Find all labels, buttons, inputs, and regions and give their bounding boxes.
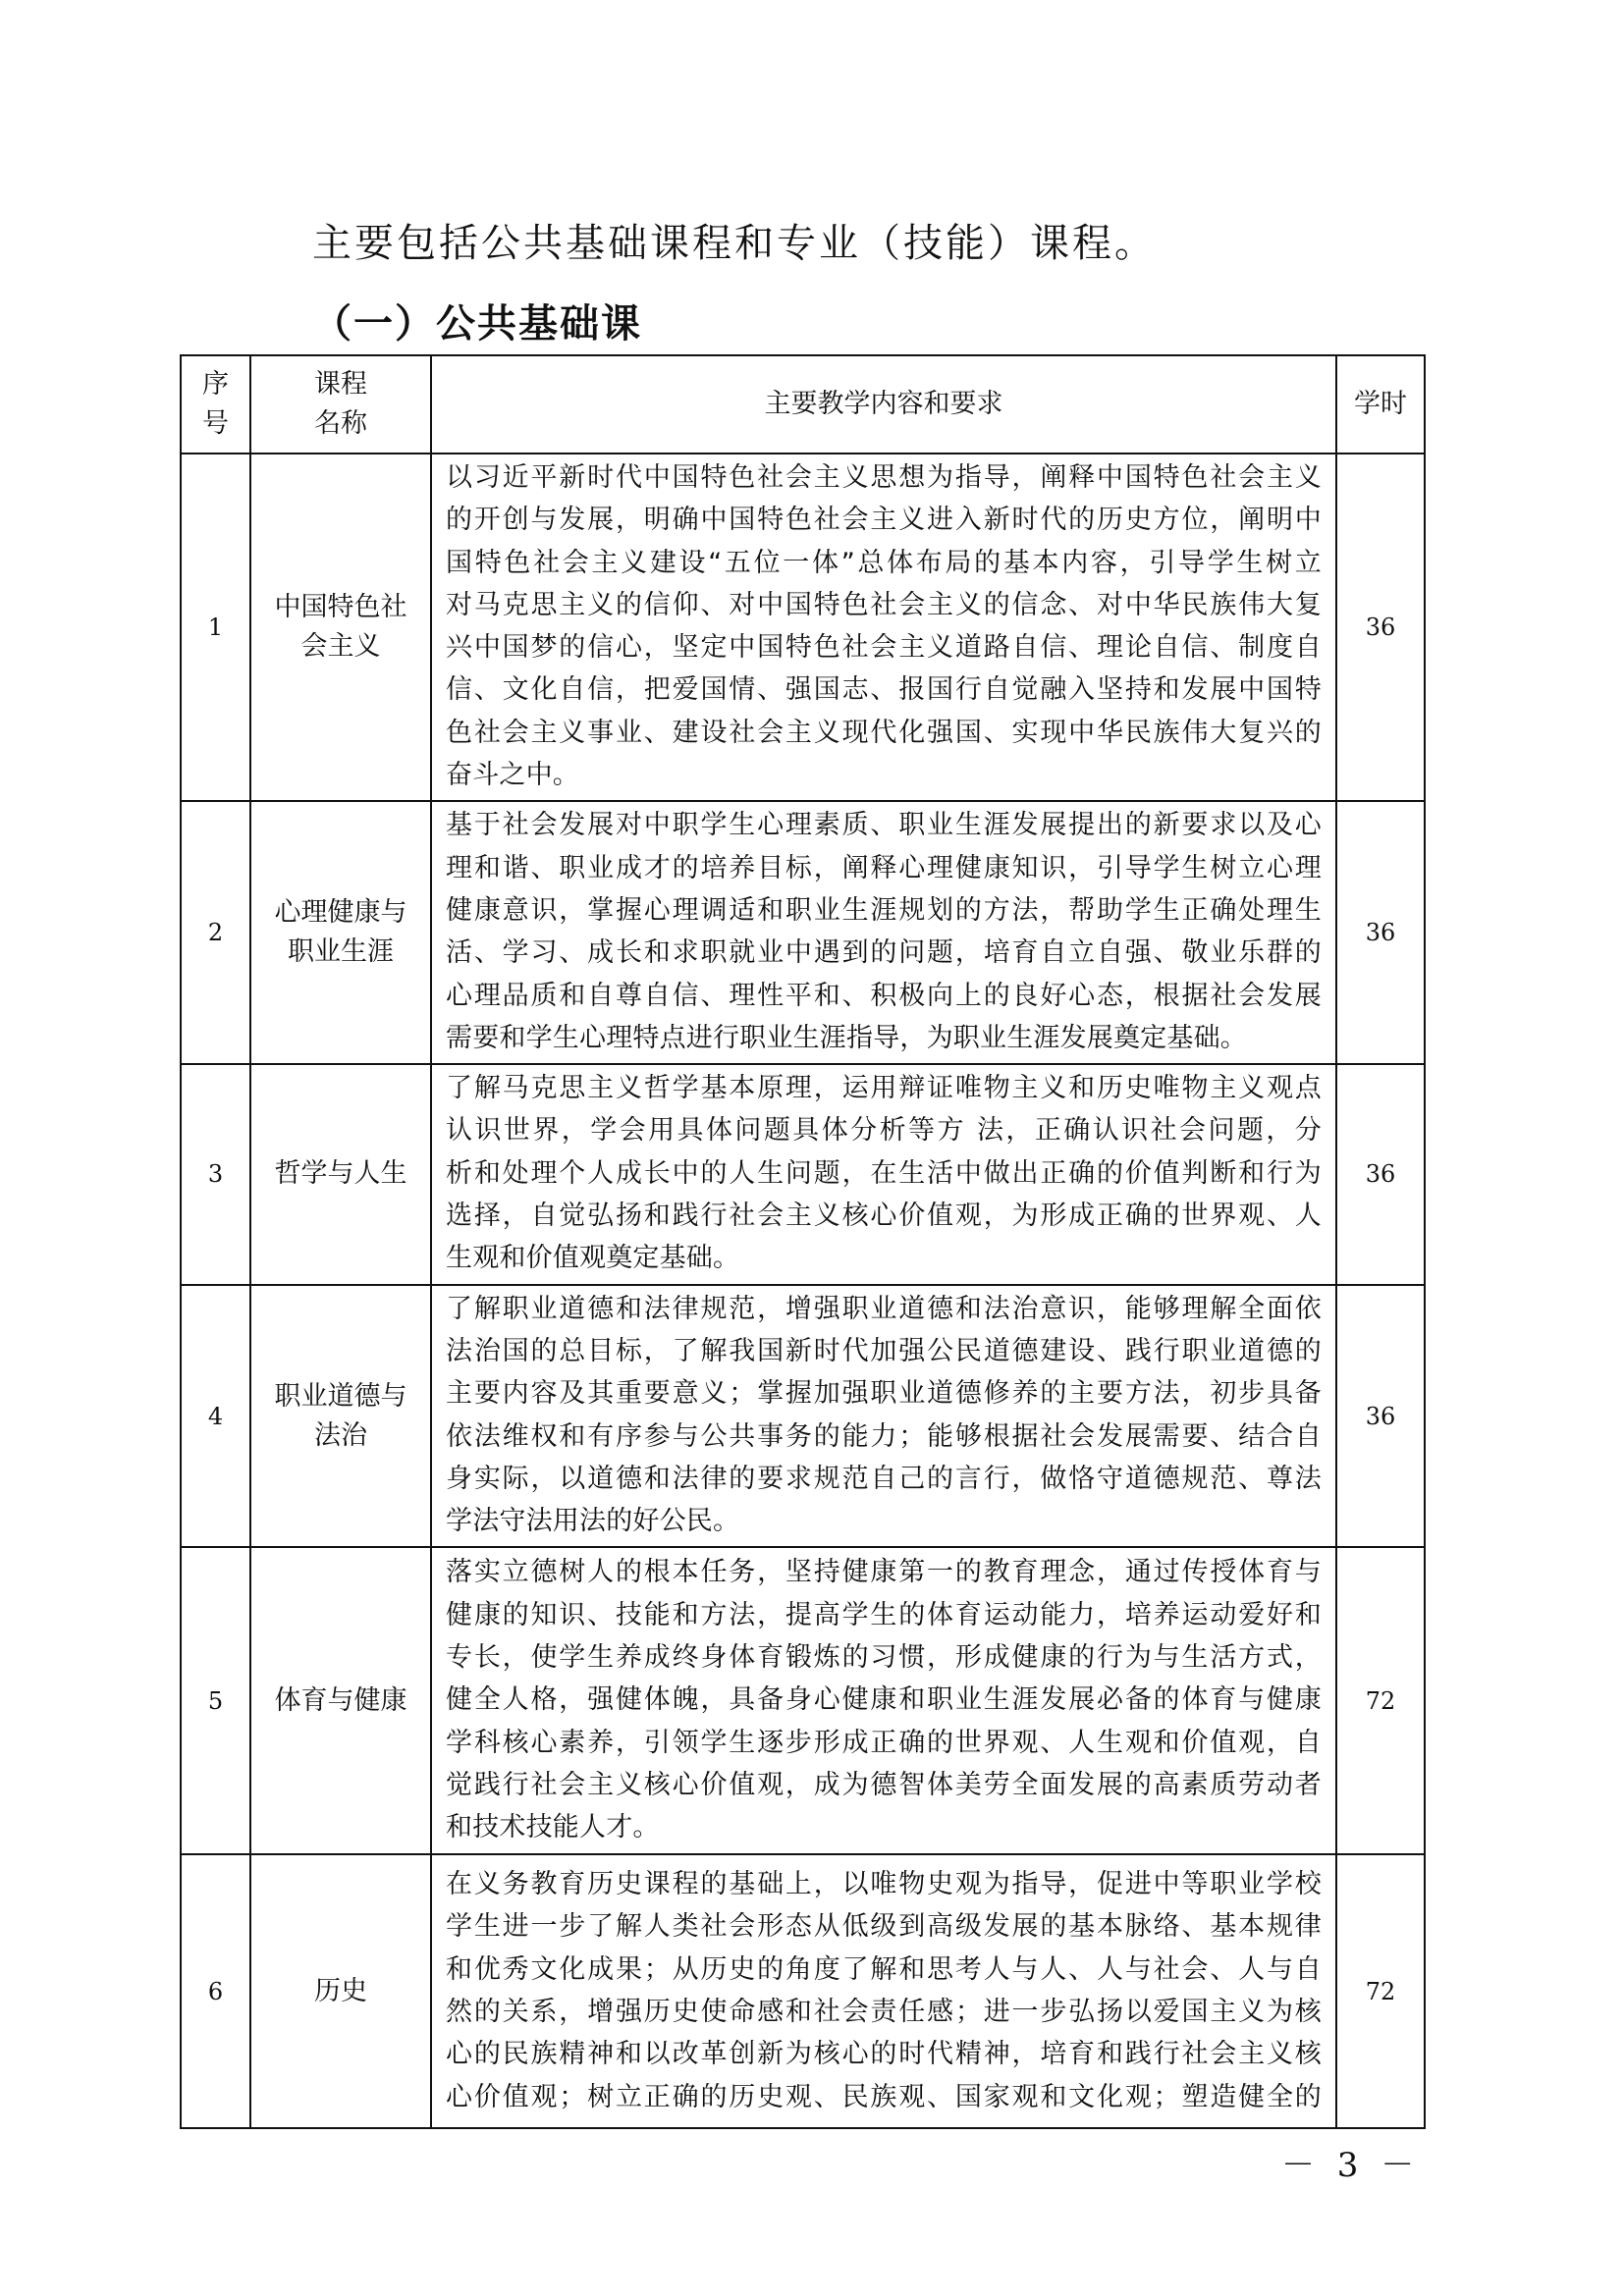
content-line: 主要内容及其重要意义；掌握加强职业道德修养的主要方法，初步具备 (446, 1372, 1322, 1415)
course-content-cell: 了解职业道德和法律规范，增强职业道德和法治意识，能够理解全面依法治国的总目标，了… (431, 1285, 1336, 1548)
content-line: 学法守法用法的好公民。 (446, 1500, 1322, 1542)
course-content-cell: 了解马克思主义哲学基本原理，运用辩证唯物主义和历史唯物主义观点认识世界，学会用具… (431, 1064, 1336, 1284)
content-line: 健康的知识、技能和方法，提高学生的体育运动能力，培养运动爱好和 (446, 1594, 1322, 1636)
content-line: 对马克思主义的信仰、对中国特色社会主义的信念、对中华民族伟大复 (446, 584, 1322, 626)
content-line: 和技术技能人才。 (446, 1806, 1322, 1848)
content-line: 理和谐、职业成才的培养目标，阐释心理健康知识，引导学生树立心理 (446, 847, 1322, 889)
content-line: 析和处理个人成长中的人生问题，在生活中做出正确的价值判断和行为 (446, 1152, 1322, 1195)
table-row: 1中国特色社会主义以习近平新时代中国特色社会主义思想为指导，阐释中国特色社会主义… (181, 454, 1425, 801)
course-name-line: 法治 (267, 1416, 414, 1456)
serial-number-cell: 1 (181, 454, 250, 801)
serial-number-cell: 3 (181, 1064, 250, 1284)
course-content-cell: 落实立德树人的根本任务，坚持健康第一的教育理念，通过传授体育与健康的知识、技能和… (431, 1547, 1336, 1854)
course-name-cell: 职业道德与法治 (250, 1285, 431, 1548)
content-line: 学生进一步了解人类社会形态从低级到高级发展的基本脉络、基本规律 (446, 1905, 1322, 1948)
section-heading: （一）公共基础课 (312, 294, 642, 353)
page-number: － 3 － (1281, 2138, 1420, 2186)
content-line: 和优秀文化成果；从历史的角度了解和思考人与人、人与社会、人与自 (446, 1949, 1322, 1991)
content-line: 心理品质和自尊自信、理性平和、积极向上的良好心态，根据社会发展 (446, 975, 1322, 1017)
serial-number-cell: 4 (181, 1285, 250, 1548)
content-line: 专长，使学生养成终身体育锻炼的习惯，形成健康的行为与生活方式， (446, 1636, 1322, 1679)
serial-number-cell: 2 (181, 801, 250, 1064)
table-row: 4职业道德与法治了解职业道德和法律规范，增强职业道德和法治意识，能够理解全面依法… (181, 1285, 1425, 1548)
content-line: 落实立德树人的根本任务，坚持健康第一的教育理念，通过传授体育与 (446, 1551, 1322, 1593)
course-name-line: 职业生涯 (267, 933, 414, 972)
course-name-line: 心理健康与 (267, 893, 414, 933)
course-name-line: 哲学与人生 (267, 1154, 414, 1194)
course-name-cell: 体育与健康 (250, 1547, 431, 1854)
content-line: 身实际，以道德和法律的要求规范自己的言行，做恪守道德规范、尊法 (446, 1458, 1322, 1500)
content-line: 法治国的总目标，了解我国新时代加强公民道德建设、践行职业道德的 (446, 1330, 1322, 1372)
course-table: 序 号 课程 名称 主要教学内容和要求 学时 1中国特色社会主义以习近平新时代中… (180, 354, 1426, 2129)
content-line: 健康意识，掌握心理调适和职业生涯规划的方法，帮助学生正确处理生 (446, 889, 1322, 932)
intro-paragraph: 主要包括公共基础课程和专业（技能）课程。 (312, 214, 1157, 273)
header-serial-number: 序 号 (181, 355, 250, 454)
course-name-line: 职业道德与 (267, 1377, 414, 1416)
hours-cell: 72 (1336, 1854, 1425, 2128)
content-line: 选择，自觉弘扬和践行社会主义核心价值观，为形成正确的世界观、人 (446, 1195, 1322, 1237)
content-line: 认识世界，学会用具体问题具体分析等方 法，正确认识社会问题，分 (446, 1109, 1322, 1151)
content-line: 在义务教育历史课程的基础上，以唯物史观为指导，促进中等职业学校 (446, 1863, 1322, 1905)
content-line: 学科核心素养，引领学生逐步形成正确的世界观、人生观和价值观，自 (446, 1722, 1322, 1764)
course-content-cell: 基于社会发展对中职学生心理素质、职业生涯发展提出的新要求以及心理和谐、职业成才的… (431, 801, 1336, 1064)
course-name-line: 历史 (267, 1972, 414, 2011)
content-line: 奋斗之中。 (446, 754, 1322, 796)
content-line: 了解马克思主义哲学基本原理，运用辩证唯物主义和历史唯物主义观点 (446, 1067, 1322, 1109)
course-name-line: 体育与健康 (267, 1682, 414, 1721)
hours-cell: 36 (1336, 1064, 1425, 1284)
course-name-cell: 历史 (250, 1854, 431, 2128)
course-name-cell: 心理健康与职业生涯 (250, 801, 431, 1064)
hours-cell: 36 (1336, 454, 1425, 801)
header-course-name: 课程 名称 (250, 355, 431, 454)
content-line: 基于社会发展对中职学生心理素质、职业生涯发展提出的新要求以及心 (446, 804, 1322, 846)
table-row: 6历史在义务教育历史课程的基础上，以唯物史观为指导，促进中等职业学校学生进一步了… (181, 1854, 1425, 2128)
course-content-cell: 以习近平新时代中国特色社会主义思想为指导，阐释中国特色社会主义的开创与发展，明确… (431, 454, 1336, 801)
table-row: 2心理健康与职业生涯基于社会发展对中职学生心理素质、职业生涯发展提出的新要求以及… (181, 801, 1425, 1064)
content-line: 国特色社会主义建设“五位一体”总体布局的基本内容，引导学生树立 (446, 542, 1322, 584)
content-line: 依法维权和有序参与公共事务的能力；能够根据社会发展需要、结合自 (446, 1415, 1322, 1458)
table-row: 3哲学与人生了解马克思主义哲学基本原理，运用辩证唯物主义和历史唯物主义观点认识世… (181, 1064, 1425, 1284)
content-line: 了解职业道德和法律规范，增强职业道德和法治意识，能够理解全面依 (446, 1288, 1322, 1330)
table-header-row: 序 号 课程 名称 主要教学内容和要求 学时 (181, 355, 1425, 454)
serial-number-cell: 5 (181, 1547, 250, 1854)
course-name-cell: 中国特色社会主义 (250, 454, 431, 801)
course-name-line: 会主义 (267, 627, 414, 667)
content-line: 的开创与发展，明确中国特色社会主义进入新时代的历史方位，阐明中 (446, 499, 1322, 541)
content-line: 兴中国梦的信心，坚定中国特色社会主义道路自信、理论自信、制度自 (446, 626, 1322, 668)
content-line: 活、学习、成长和求职就业中遇到的问题，培育自立自强、敬业乐群的 (446, 932, 1322, 974)
hours-cell: 72 (1336, 1547, 1425, 1854)
content-line: 心价值观；树立正确的历史观、民族观、国家观和文化观；塑造健全的 (446, 2076, 1322, 2118)
course-name-cell: 哲学与人生 (250, 1064, 431, 1284)
content-line: 以习近平新时代中国特色社会主义思想为指导，阐释中国特色社会主义 (446, 456, 1322, 499)
header-content: 主要教学内容和要求 (431, 355, 1336, 454)
header-hours: 学时 (1336, 355, 1425, 454)
content-line: 然的关系，增强历史使命感和社会责任感；进一步弘扬以爱国主义为核 (446, 1991, 1322, 2033)
serial-number-cell: 6 (181, 1854, 250, 2128)
content-line: 觉践行社会主义核心价值观，成为德智体美劳全面发展的高素质劳动者 (446, 1764, 1322, 1806)
content-line: 生观和价值观奠定基础。 (446, 1237, 1322, 1279)
hours-cell: 36 (1336, 801, 1425, 1064)
hours-cell: 36 (1336, 1285, 1425, 1548)
content-line: 健全人格，强健体魄，具备身心健康和职业生涯发展必备的体育与健康 (446, 1679, 1322, 1721)
course-content-cell: 在义务教育历史课程的基础上，以唯物史观为指导，促进中等职业学校学生进一步了解人类… (431, 1854, 1336, 2128)
content-line: 色社会主义事业、建设社会主义现代化强国、实现中华民族伟大复兴的 (446, 712, 1322, 754)
content-line: 心的民族精神和以改革创新为核心的时代精神，培育和践行社会主义核 (446, 2033, 1322, 2075)
course-name-line: 中国特色社 (267, 588, 414, 627)
content-line: 需要和学生心理特点进行职业生涯指导，为职业生涯发展奠定基础。 (446, 1017, 1322, 1059)
content-line: 信、文化自信，把爱国情、强国志、报国行自觉融入坚持和发展中国特 (446, 668, 1322, 711)
table-row: 5体育与健康落实立德树人的根本任务，坚持健康第一的教育理念，通过传授体育与健康的… (181, 1547, 1425, 1854)
